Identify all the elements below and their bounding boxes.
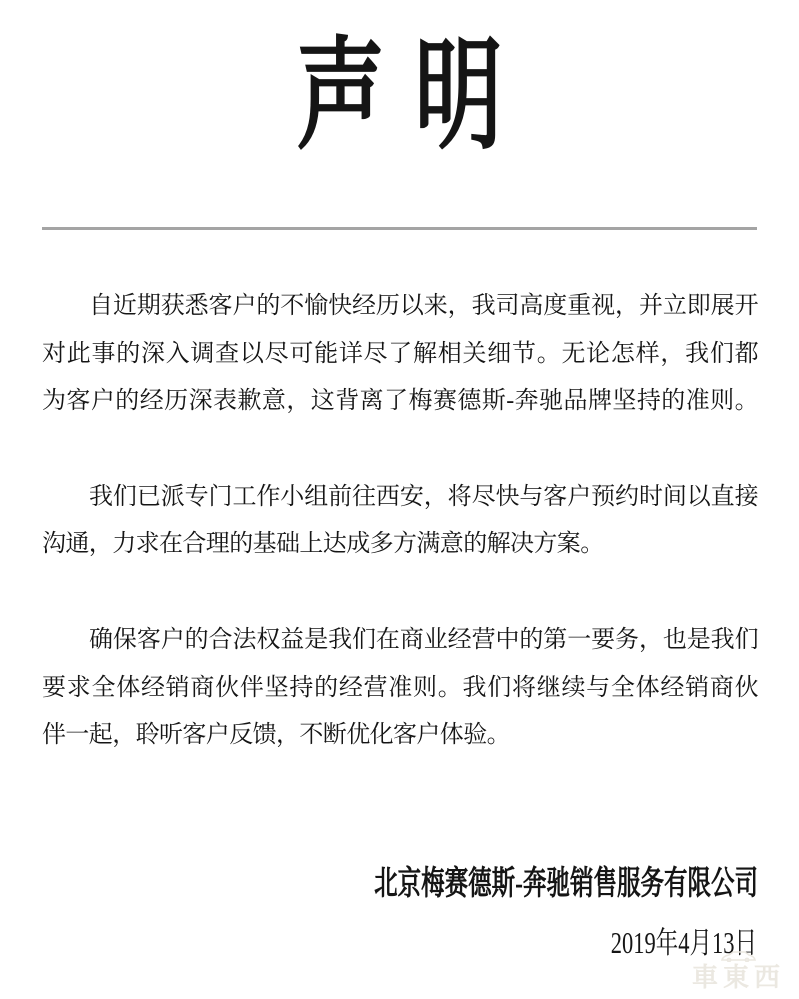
document-title: 声明 [0, 30, 799, 168]
paragraph-line: 沟通，力求在合理的基础上达成多方满意的解决方案。 [42, 521, 758, 569]
paragraph: 确保客户的合法权益是我们在商业经营中的第一要务，也是我们 要求全体经销商伙伴坚持… [42, 617, 758, 760]
signature-company-name: 北京梅赛德斯-奔驰销售服务有限公司 [374, 856, 758, 904]
paragraph-line: 自近期获悉客户的不愉快经历以来，我司高度重视，并立即展开 [42, 283, 758, 331]
watermark-text: 車東西 [692, 963, 785, 991]
paragraph-line: 确保客户的合法权益是我们在商业经营中的第一要务，也是我们 [42, 617, 758, 665]
paragraph-line: 要求全体经销商伙伴坚持的经营准则。我们将继续与全体经销商伙 [42, 665, 758, 713]
paragraph: 我们已派专门工作小组前往西安，将尽快与客户预约时间以直接 沟通，力求在合理的基础… [42, 474, 758, 569]
paragraph: 自近期获悉客户的不愉快经历以来，我司高度重视，并立即展开 对此事的深入调查以尽可… [42, 283, 758, 426]
paragraph-line: 我们已派专门工作小组前往西安，将尽快与客户预约时间以直接 [42, 474, 758, 522]
statement-document: 声明 自近期获悉客户的不愉快经历以来，我司高度重视，并立即展开 对此事的深入调查… [0, 0, 799, 999]
watermark: 車東西 [692, 951, 785, 991]
document-body: 自近期获悉客户的不愉快经历以来，我司高度重视，并立即展开 对此事的深入调查以尽可… [42, 283, 758, 808]
car-icon [719, 951, 757, 962]
horizontal-divider [42, 227, 757, 230]
paragraph-line: 伴一起，聆听客户反馈，不断优化客户体验。 [42, 712, 758, 760]
paragraph-line: 对此事的深入调查以尽可能详尽了解相关细节。无论怎样，我们都 [42, 331, 758, 379]
paragraph-line: 为客户的经历深表歉意，这背离了梅赛德斯-奔驰品牌坚持的准则。 [42, 378, 758, 426]
